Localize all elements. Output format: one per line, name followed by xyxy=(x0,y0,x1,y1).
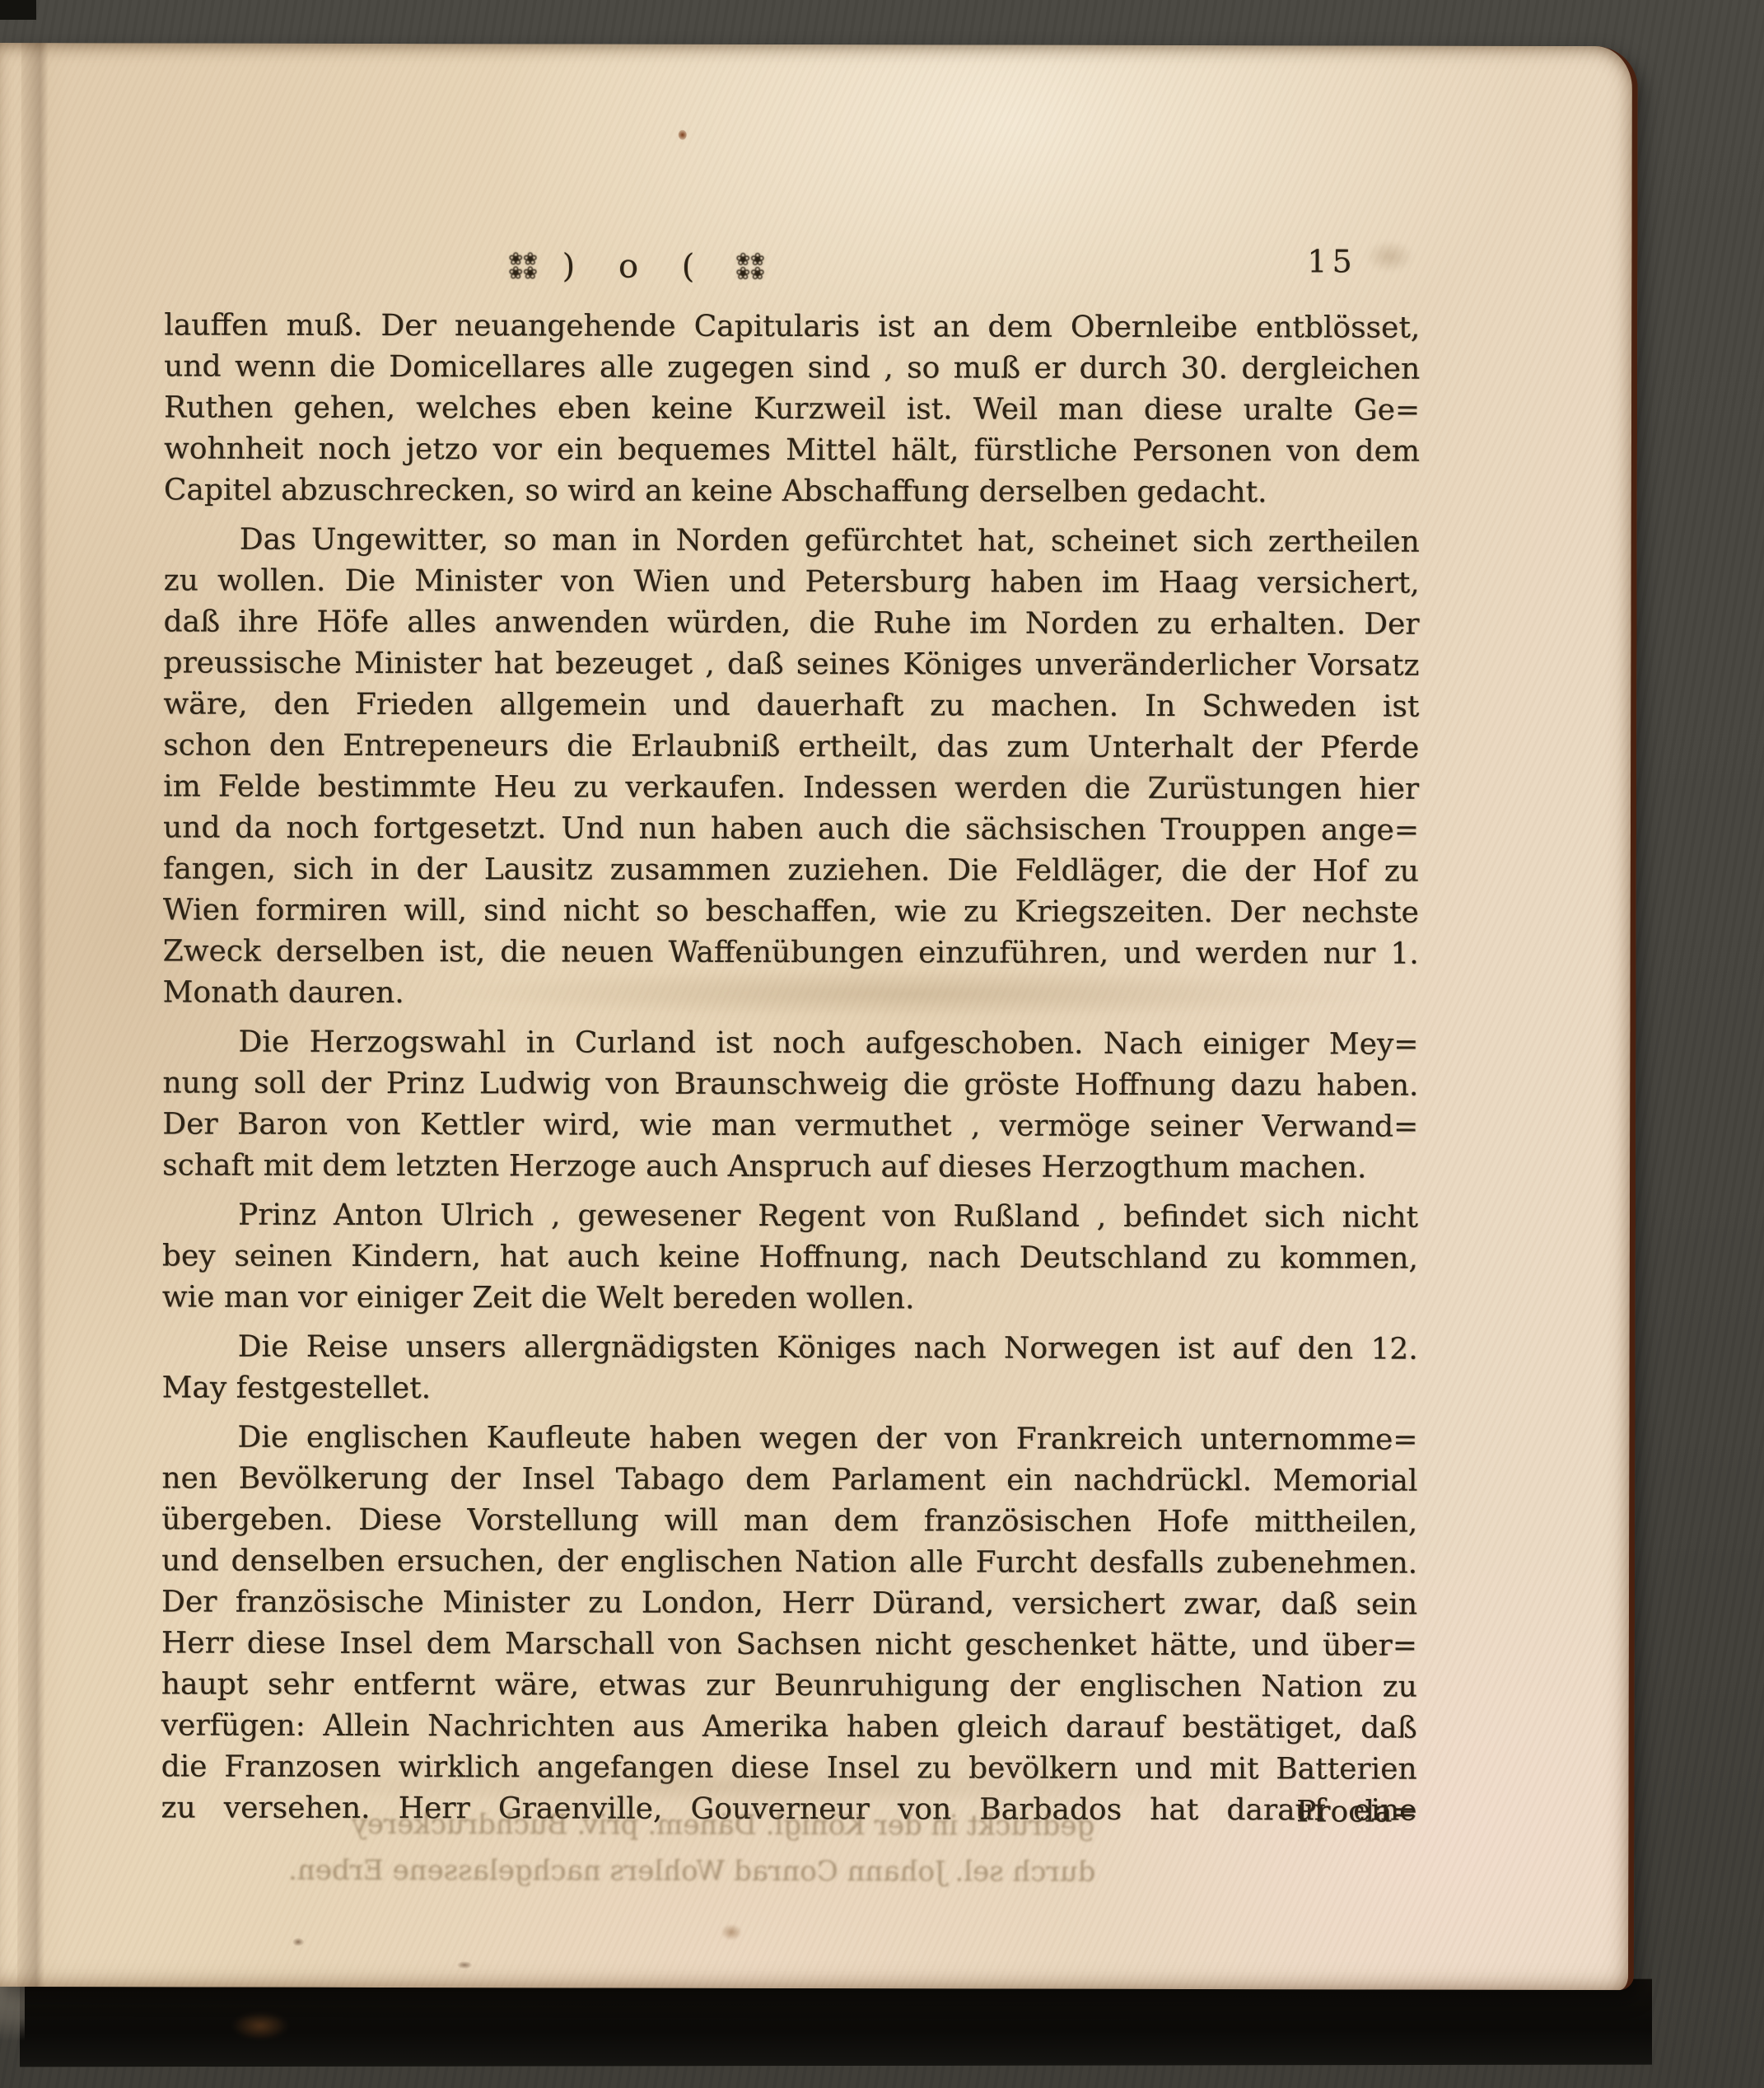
text-line: daß ihre Höfe alles anwenden würden, die… xyxy=(163,601,1419,645)
text-line: May festgestellet. xyxy=(162,1367,1418,1411)
text-line: bey seinen Kindern, hat auch keine Hoffn… xyxy=(162,1236,1418,1279)
bleedthrough-colophon-line: durch sel. Johann Conrad Wohlers nachgel… xyxy=(350,1854,1095,1889)
book-block-shadow xyxy=(20,1979,1652,2067)
text-line: Capitel abzuschrecken, so wird an keine … xyxy=(164,469,1420,513)
text-line: schon den Entrepeneurs die Erlaubniß ert… xyxy=(163,725,1419,768)
paragraph: Prinz Anton Ulrich , gewesener Regent vo… xyxy=(162,1194,1418,1320)
top-left-shadow xyxy=(0,0,36,20)
text-line: schaft mit dem letzten Herzoge auch Ansp… xyxy=(162,1145,1418,1189)
foxing-spot xyxy=(292,1938,304,1946)
paragraph: Die englischen Kaufleute haben wegen der… xyxy=(161,1417,1417,1831)
catchword-row: Procla= xyxy=(161,1779,1416,1833)
text-line: übergeben. Diese Vorstellung will man de… xyxy=(161,1499,1417,1543)
text-line: fangen, sich in der Lausitz zusammen zuz… xyxy=(163,848,1419,892)
text-line: wie man vor einiger Zeit die Welt berede… xyxy=(162,1277,1418,1320)
text-line: Die Herzogswahl in Curland ist noch aufg… xyxy=(162,1021,1418,1065)
text-line: Wien formiren will, sind nicht so bescha… xyxy=(163,890,1419,933)
text-line: Die englischen Kaufleute haben wegen der… xyxy=(161,1417,1417,1460)
paragraph: Die Reise unsers allergnädigsten Königes… xyxy=(162,1326,1418,1411)
text-block: lauffen muß. Der neuangehende Capitulari… xyxy=(161,305,1420,1831)
text-line: wohnheit noch jetzo vor ein bequemes Mit… xyxy=(164,428,1420,472)
text-line: nen Bevölkerung der Insel Tabago dem Par… xyxy=(161,1458,1417,1502)
catchword: Procla= xyxy=(161,1789,1416,1833)
header-separator: ) o ( xyxy=(562,247,712,285)
text-line: Prinz Anton Ulrich , gewesener Regent vo… xyxy=(162,1194,1418,1238)
text-line: lauffen muß. Der neuangehende Capitulari… xyxy=(164,305,1420,348)
text-line: preussische Minister hat bezeuget , daß … xyxy=(163,642,1419,686)
fleuron-ornament-icon: ❀❀❀❀ xyxy=(735,253,764,281)
text-line: Herr diese Insel dem Marschall von Sachs… xyxy=(161,1623,1417,1666)
text-line: wäre, den Frieden allgemein und dauerhaf… xyxy=(163,684,1419,727)
text-line: Die Reise unsers allergnädigsten Königes… xyxy=(162,1326,1418,1370)
foxing-spot xyxy=(457,1961,472,1969)
text-line: verfügen: Allein Nachrichten aus Amerika… xyxy=(161,1705,1417,1749)
page-edges-below xyxy=(0,1983,25,2041)
text-line: und da noch fortgesetzt. Und nun haben a… xyxy=(163,807,1419,851)
book-page: ❀❀❀❀ ) o ( ❀❀❀❀ 15 lauffen muß. Der neua… xyxy=(0,43,1638,1990)
gutter-crease xyxy=(17,43,71,1987)
foxing-spot xyxy=(679,130,687,140)
foxing-spot xyxy=(721,1924,742,1941)
foxing-spot xyxy=(1365,240,1414,273)
page-number: 15 xyxy=(1307,243,1356,279)
text-line: Der französische Minister zu London, Her… xyxy=(161,1581,1417,1625)
running-head: ❀❀❀❀ ) o ( ❀❀❀❀ xyxy=(508,240,764,293)
text-line: nung soll der Prinz Ludwig von Braunschw… xyxy=(162,1063,1418,1106)
paragraph: Das Ungewitter, so man in Norden gefürch… xyxy=(163,519,1420,1016)
paragraph: lauffen muß. Der neuangehende Capitulari… xyxy=(164,305,1421,513)
text-line: Das Ungewitter, so man in Norden gefürch… xyxy=(164,519,1420,563)
text-line: Der Baron von Kettler wird, wie man verm… xyxy=(162,1104,1418,1147)
text-line: Zweck derselben ist, die neuen Waffenübu… xyxy=(163,931,1419,974)
text-line: und wenn die Domicellares alle zugegen s… xyxy=(164,346,1420,390)
text-line: zu wollen. Die Minister von Wien und Pet… xyxy=(164,560,1420,604)
fleuron-ornament-icon: ❀❀❀❀ xyxy=(508,252,537,280)
text-line: Ruthen gehen, welches eben keine Kurzwei… xyxy=(164,387,1420,431)
text-line: im Felde bestimmte Heu zu verkaufen. Ind… xyxy=(163,766,1419,810)
text-line: und denselben ersuchen, der englischen N… xyxy=(161,1540,1417,1584)
text-line: Monath dauren. xyxy=(163,972,1419,1016)
text-line: haupt sehr entfernt wäre, etwas zur Beun… xyxy=(161,1664,1417,1707)
paragraph: Die Herzogswahl in Curland ist noch aufg… xyxy=(162,1021,1418,1189)
